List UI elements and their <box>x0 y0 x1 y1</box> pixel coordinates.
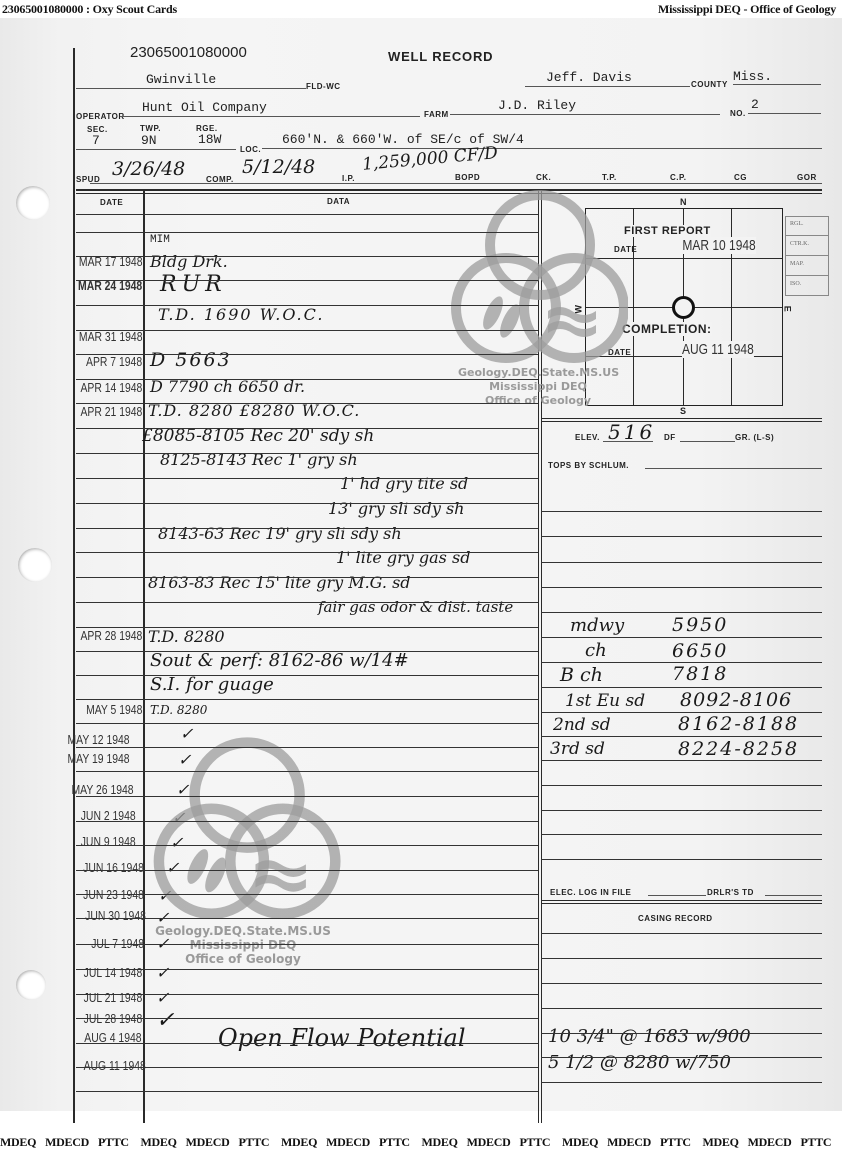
well-no-value: 2 <box>751 97 759 112</box>
publisher-title: Mississippi DEQ - Office of Geology <box>658 0 836 18</box>
entry-data: T.D. 8280 <box>150 703 207 717</box>
entry-data: £8085-8105 Rec 20' sdy sh <box>142 426 374 446</box>
first-report-date: MAR 10 1948 <box>683 237 756 254</box>
operator-value: Hunt Oil Company <box>142 100 267 115</box>
comp-value: 5/12/48 <box>242 156 315 178</box>
entry-data: D 5663 <box>150 349 232 371</box>
entry-date: APR 14 1948 <box>80 380 142 395</box>
footer-strip: MDEQMDECDPTTC MDEQMDECDPTTC MDEQMDECDPTT… <box>0 1133 842 1151</box>
entry-data: 8163-83 Rec 15' lite gry M.G. sd <box>148 573 411 592</box>
entry-date: MAY 19 1948 <box>68 751 130 766</box>
entry-data: S.I. for guage <box>150 674 274 695</box>
entry-data: T.D. 1690 W.O.C. <box>158 305 324 324</box>
north-label: N <box>680 197 687 207</box>
ip-label: I.P. <box>342 174 355 183</box>
mdeq-watermark-logo <box>145 730 345 940</box>
top-name: 2nd sd <box>553 715 611 735</box>
farm-value: J.D. Riley <box>498 98 576 113</box>
twp-label: TWP. <box>140 124 161 133</box>
entry-data: RUR <box>160 272 227 297</box>
county-value: Jeff. Davis <box>546 70 632 85</box>
tops-label: TOPS BY SCHLUM. <box>548 461 629 470</box>
date-column-header: DATE <box>100 198 123 207</box>
top-depth: 8224-8258 <box>678 738 799 760</box>
entry-data: 8143-63 Rec 19' gry sli sdy sh <box>158 524 402 543</box>
field-label: FLD-WC <box>306 82 341 91</box>
entry-date: MAY 26 1948 <box>72 782 134 797</box>
loc-label: LOC. <box>240 145 261 154</box>
top-name: 1st Eu sd <box>565 691 645 711</box>
elec-log-label: ELEC. LOG IN FILE <box>550 888 631 897</box>
entry-date: JUL 14 1948 <box>83 965 142 980</box>
entry-data: 1' lite gry gas sd <box>336 548 470 567</box>
county-label: COUNTY <box>691 80 728 89</box>
sec-value: 7 <box>92 133 100 148</box>
ck-label: CK. <box>536 173 551 182</box>
punch-hole <box>16 970 46 1000</box>
margin-line <box>73 48 75 1123</box>
mdeq-watermark-logo <box>448 183 628 383</box>
entry-date: AUG 11 1948 <box>84 1058 146 1073</box>
south-label: S <box>680 406 687 416</box>
top-depth: 8092-8106 <box>680 689 792 711</box>
watermark-text: Geology.DEQ.State.MS.USMississippi DEQOf… <box>148 924 338 966</box>
entry-date: JUN 16 1948 <box>83 860 144 875</box>
open-flow-potential: Open Flow Potential <box>218 1024 466 1052</box>
entry-date: MAY 5 1948 <box>86 702 142 717</box>
top-depth: 7818 <box>672 663 728 685</box>
casing-item: 10 3/4" @ 1683 w/900 <box>548 1026 751 1047</box>
top-name: B ch <box>560 664 603 686</box>
elev-label: ELEV. <box>575 433 600 442</box>
cg-label: CG <box>734 173 747 182</box>
well-record-card: 23065001080000 WELL RECORD Gwinville FLD… <box>0 18 842 1111</box>
entry-data: fair gas odor & dist. taste <box>318 598 513 616</box>
casing-record-label: CASING RECORD <box>638 914 713 923</box>
df-label: DF <box>664 433 676 442</box>
casing-item: 5 1/2 @ 8280 w/750 <box>548 1052 731 1073</box>
top-depth: 5950 <box>672 614 728 636</box>
entry-data: MIM <box>150 234 170 246</box>
field-value: Gwinville <box>146 72 216 87</box>
entry-date: APR 7 1948 <box>86 354 142 369</box>
gor-label: GOR <box>797 173 817 182</box>
gr-label: GR. (L-S) <box>735 433 774 442</box>
first-report-label: FIRST REPORT <box>624 225 711 237</box>
east-label: E <box>782 306 792 313</box>
top-depth: 8162-8188 <box>678 713 799 735</box>
entry-data: Bldg Drk. <box>150 252 228 271</box>
check-mark: ✓ <box>156 988 169 1007</box>
rge-value: 18W <box>198 132 221 147</box>
top-name: 3rd sd <box>550 739 605 759</box>
twp-value: 9N <box>141 133 157 148</box>
completion-date: AUG 11 1948 <box>682 341 754 358</box>
check-mark: ✓ <box>156 1008 174 1033</box>
entry-data: 13' gry sli sdy sh <box>328 499 464 518</box>
entry-date: MAR 31 1948 <box>78 329 142 344</box>
cp-label: C.P. <box>670 173 687 182</box>
entry-date: MAY 12 1948 <box>68 732 130 747</box>
spud-value: 3/26/48 <box>112 158 185 180</box>
drlr-td-label: DRLR'S TD <box>707 888 754 897</box>
entry-data: 1' hd gry tite sd <box>340 474 468 493</box>
entry-date: JUN 30 1948 <box>85 908 146 923</box>
farm-label: FARM <box>424 110 449 119</box>
operator-label: OPERATOR <box>76 112 125 121</box>
entry-date: JUL 21 1948 <box>83 990 142 1005</box>
well-location-marker <box>672 296 695 319</box>
entry-date: APR 21 1948 <box>80 404 142 419</box>
api-number: 23065001080000 <box>130 44 247 61</box>
entry-date: APR 28 1948 <box>80 628 142 643</box>
well-no-label: NO. <box>730 109 746 118</box>
entry-data: T.D. 8280 <box>148 627 225 646</box>
entry-data: Sout & perf: 8162-86 w/14# <box>150 650 409 671</box>
top-depth: 6650 <box>672 640 728 662</box>
top-name: mdwy <box>570 615 624 636</box>
bopd-label: BOPD <box>455 173 480 182</box>
state-value: Miss. <box>733 69 772 84</box>
punch-hole <box>16 186 50 220</box>
punch-hole <box>18 548 52 582</box>
top-name: ch <box>585 640 607 661</box>
completion-label: COMPLETION: <box>622 322 712 336</box>
form-title: WELL RECORD <box>388 49 493 64</box>
tp-label: T.P. <box>602 173 617 182</box>
review-stamp: RGL. CTR.K. MAP. ISO. <box>785 216 829 296</box>
document-title: 23065001080000 : Oxy Scout Cards <box>2 0 177 18</box>
entry-date: JUN 9 1948 <box>81 834 136 849</box>
watermark-text: Geology.DEQ.State.MS.USMississippi DEQOf… <box>458 366 618 408</box>
data-column-header: DATA <box>327 197 350 206</box>
